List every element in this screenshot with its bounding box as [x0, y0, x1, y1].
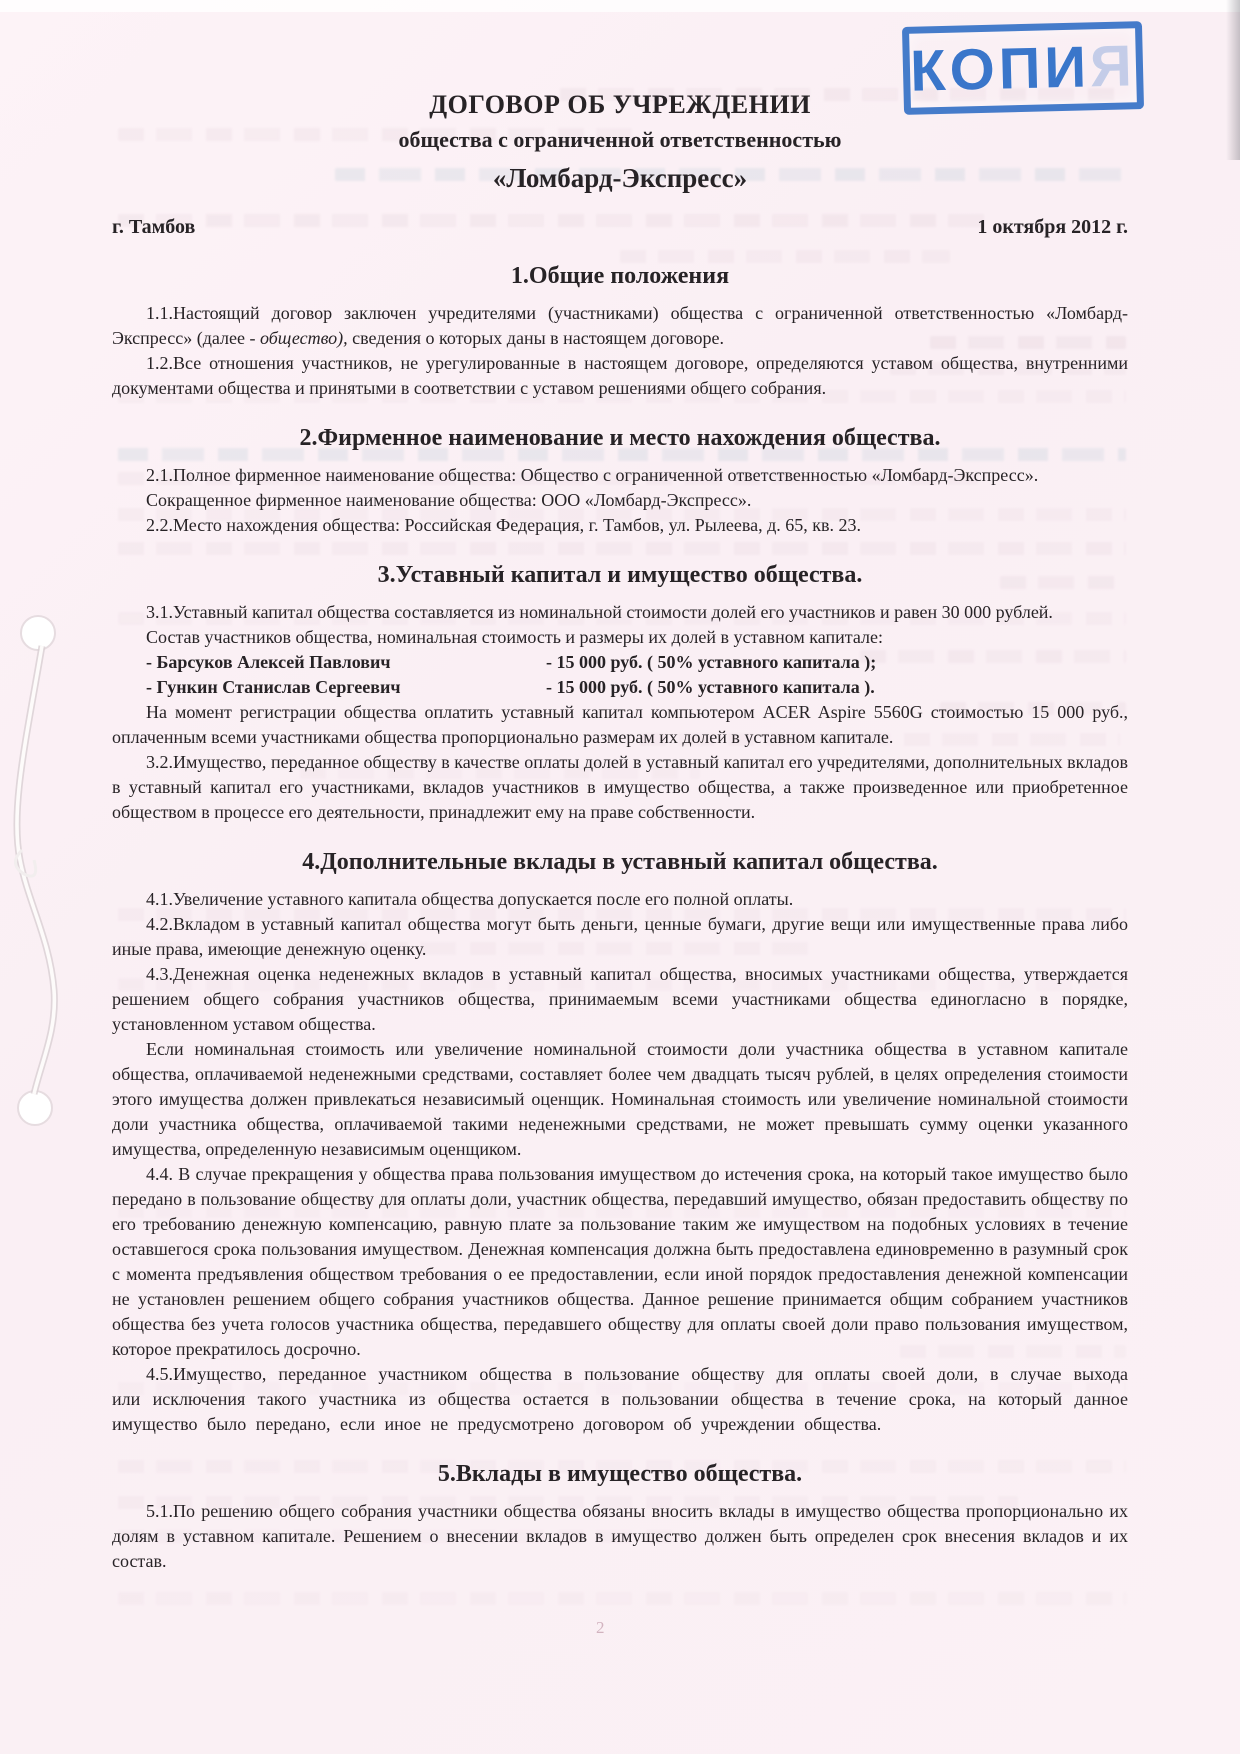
member-share: - 15 000 руб. ( 50% уставного капитала )…: [546, 677, 875, 697]
member-share: - 15 000 руб. ( 50% уставного капитала )…: [546, 652, 876, 672]
clause-2-1-short-name: Сокращенное фирменное наименование общес…: [112, 488, 1128, 513]
section-2-heading: 2.Фирменное наименование и место нахожде…: [112, 425, 1128, 452]
document-content: ДОГОВОР ОБ УЧРЕЖДЕНИИ общества с огранич…: [112, 0, 1128, 1574]
clause-2-1: 2.1.Полное фирменное наименование общест…: [112, 463, 1128, 488]
document-title-company: «Ломбард-Экспресс»: [112, 163, 1128, 194]
document-city: г. Тамбов: [112, 216, 195, 239]
section-4-heading: 4.Дополнительные вклады в уставный капит…: [112, 849, 1128, 876]
page-number: 2: [596, 1618, 605, 1638]
member-name: - Барсуков Алексей Павлович: [146, 650, 546, 675]
scanned-document-page: КОПИЯ ДОГОВОР ОБ УЧРЕЖДЕНИИ общества с о…: [0, 0, 1240, 1754]
clause-2-2: 2.2.Место нахождения общества: Российска…: [112, 513, 1128, 538]
document-date: 1 октября 2012 г.: [977, 216, 1128, 239]
clause-4-3-valuation: Если номинальная стоимость или увеличени…: [112, 1037, 1128, 1162]
binding-thread: [0, 520, 110, 1200]
member-name: - Гункин Станислав Сергеевич: [146, 675, 546, 700]
scan-edge-streak: [1226, 0, 1240, 160]
clause-3-1: 3.1.Уставный капитал общества составляет…: [112, 600, 1128, 625]
punch-hole-top: [21, 616, 55, 650]
meta-row: г. Тамбов 1 октября 2012 г.: [112, 216, 1128, 239]
clause-5-1: 5.1.По решению общего собрания участники…: [112, 1499, 1128, 1574]
clause-1-1: 1.1.Настоящий договор заключен учредител…: [112, 301, 1128, 351]
clause-1-1-tail: сведения о которых даны в настоящем дого…: [348, 328, 724, 348]
clause-4-4: 4.4. В случае прекращения у общества пра…: [112, 1162, 1128, 1362]
clause-1-2: 1.2.Все отношения участников, не урегули…: [112, 351, 1128, 401]
member-row-gunkin: - Гункин Станислав Сергеевич- 15 000 руб…: [112, 675, 1128, 700]
clause-1-1-italic: общество),: [260, 328, 348, 348]
clause-4-3: 4.3.Денежная оценка неденежных вкладов в…: [112, 962, 1128, 1037]
member-row-barsukov: - Барсуков Алексей Павлович- 15 000 руб.…: [112, 650, 1128, 675]
section-1-heading: 1.Общие положения: [112, 263, 1128, 290]
document-title-line2: общества с ограниченной ответственностью: [112, 127, 1128, 153]
bleedthrough-line: [118, 1592, 1126, 1605]
section-5-heading: 5.Вклады в имущество общества.: [112, 1461, 1128, 1488]
punch-hole-bottom: [18, 1091, 52, 1125]
document-title-line1: ДОГОВОР ОБ УЧРЕЖДЕНИИ: [112, 90, 1128, 120]
clause-3-2: 3.2.Имущество, переданное обществу в кач…: [112, 750, 1128, 825]
clause-3-1-members-intro: Состав участников общества, номинальная …: [112, 625, 1128, 650]
section-3-heading: 3.Уставный капитал и имущество общества.: [112, 562, 1128, 589]
clause-3-1-payment: На момент регистрации общества оплатить …: [112, 700, 1128, 750]
clause-4-1: 4.1.Увеличение уставного капитала общест…: [112, 887, 1128, 912]
clause-4-5: 4.5.Имущество, переданное участником общ…: [112, 1362, 1128, 1437]
clause-4-2: 4.2.Вкладом в уставный капитал общества …: [112, 912, 1128, 962]
